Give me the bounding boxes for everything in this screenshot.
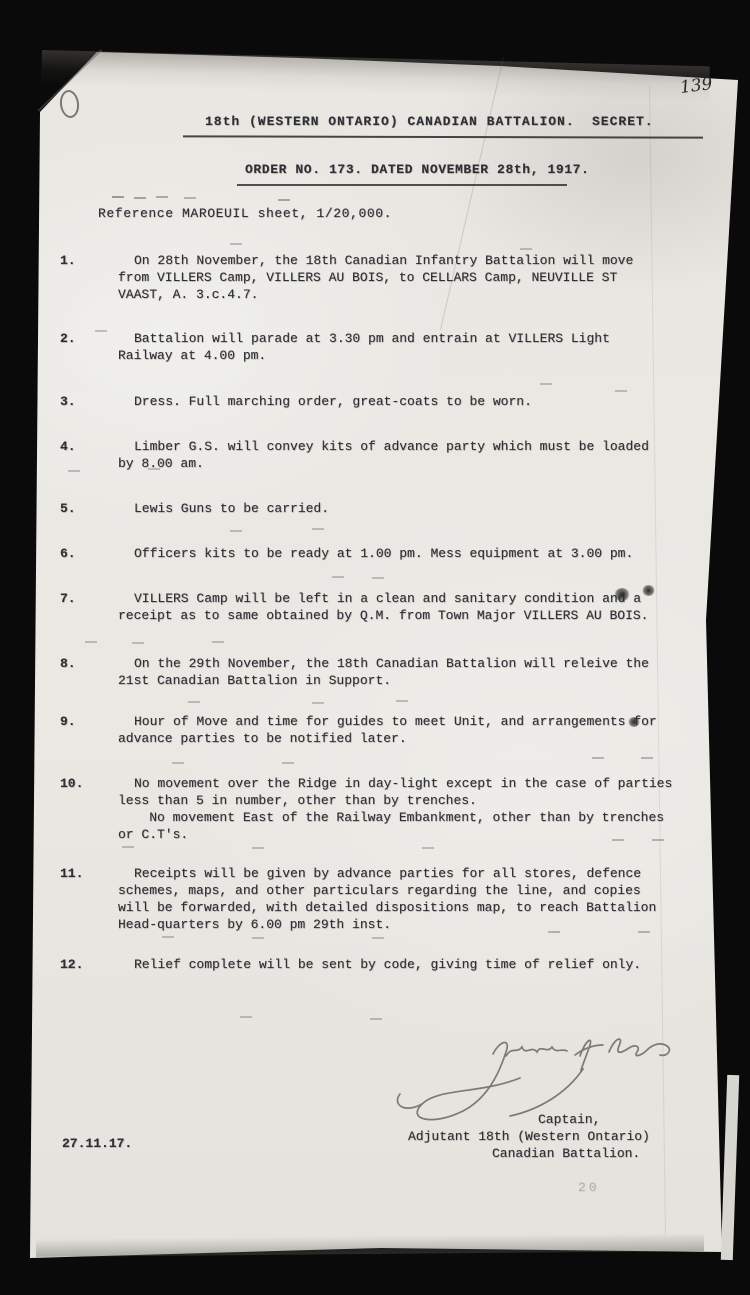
map-reference-line: Reference MAROEUIL sheet, 1/20,000.: [98, 206, 392, 221]
order-item-text: Hour of Move and time for guides to meet…: [118, 713, 657, 747]
order-item: 6.Officers kits to be ready at 1.00 pm. …: [60, 545, 700, 562]
order-item-number: 11.: [60, 865, 118, 933]
order-item: 2.Battalion will parade at 3.30 pm and e…: [60, 330, 700, 364]
faint-stamp-number: 20: [578, 1180, 600, 1195]
order-item: 9.Hour of Move and time for guides to me…: [60, 713, 700, 747]
order-item-number: 7.: [60, 590, 118, 624]
signature-rank: Captain,: [538, 1112, 600, 1127]
classification-label: SECRET.: [592, 114, 654, 129]
order-item-text: No movement over the Ridge in day-light …: [118, 775, 672, 843]
order-underline: [237, 184, 567, 186]
order-item: 10.No movement over the Ridge in day-lig…: [60, 775, 700, 843]
order-item-number: 9.: [60, 713, 118, 747]
signature-role-line1: Adjutant 18th (Western Ontario): [408, 1129, 650, 1144]
order-item-text: Receipts will be given by advance partie…: [118, 865, 656, 933]
order-item-number: 5.: [60, 500, 118, 517]
pencil-marks: [112, 196, 124, 198]
scanned-document-photo: 139 18th (WESTERN ONTARIO) CANADIAN BATT…: [0, 0, 750, 1295]
order-item-number: 12.: [60, 956, 118, 973]
order-item-number: 1.: [60, 252, 118, 303]
order-item-text: On the 29th November, the 18th Canadian …: [118, 655, 649, 689]
order-heading: ORDER NO. 173. DATED NOVEMBER 28th, 1917…: [245, 162, 589, 177]
order-item-text: On 28th November, the 18th Canadian Infa…: [118, 252, 633, 303]
order-item: 5.Lewis Guns to be carried.: [60, 500, 700, 517]
order-item: 7.VILLERS Camp will be left in a clean a…: [60, 590, 700, 624]
order-item-number: 8.: [60, 655, 118, 689]
order-item-text: Lewis Guns to be carried.: [118, 500, 329, 517]
order-item: 12.Relief complete will be sent by code,…: [60, 956, 700, 973]
signature-role-line2: Canadian Battalion.: [492, 1146, 640, 1161]
document-title: 18th (WESTERN ONTARIO) CANADIAN BATTALIO…: [205, 114, 575, 129]
order-item: 11.Receipts will be given by advance par…: [60, 865, 700, 933]
order-item-number: 10.: [60, 775, 118, 843]
order-item-number: 3.: [60, 393, 118, 410]
date-written: 27.11.17.: [62, 1136, 132, 1151]
order-item-text: Officers kits to be ready at 1.00 pm. Me…: [118, 545, 633, 562]
order-item-number: 6.: [60, 545, 118, 562]
order-item-list: 1.On 28th November, the 18th Canadian In…: [60, 252, 700, 1000]
order-item: 4.Limber G.S. will convey kits of advanc…: [60, 438, 700, 472]
order-item-text: Battalion will parade at 3.30 pm and ent…: [118, 330, 610, 364]
order-item-text: Limber G.S. will convey kits of advance …: [118, 438, 649, 472]
order-item: 1.On 28th November, the 18th Canadian In…: [60, 252, 700, 303]
order-item: 3.Dress. Full marching order, great-coat…: [60, 393, 700, 410]
underlying-page-edge: [721, 1075, 739, 1260]
order-item-number: 2.: [60, 330, 118, 364]
order-item-text: VILLERS Camp will be left in a clean and…: [118, 590, 649, 624]
order-item-number: 4.: [60, 438, 118, 472]
order-item: 8.On the 29th November, the 18th Canadia…: [60, 655, 700, 689]
page-number: 139: [679, 74, 714, 98]
order-item-text: Dress. Full marching order, great-coats …: [118, 393, 532, 410]
order-item-text: Relief complete will be sent by code, gi…: [118, 956, 641, 973]
